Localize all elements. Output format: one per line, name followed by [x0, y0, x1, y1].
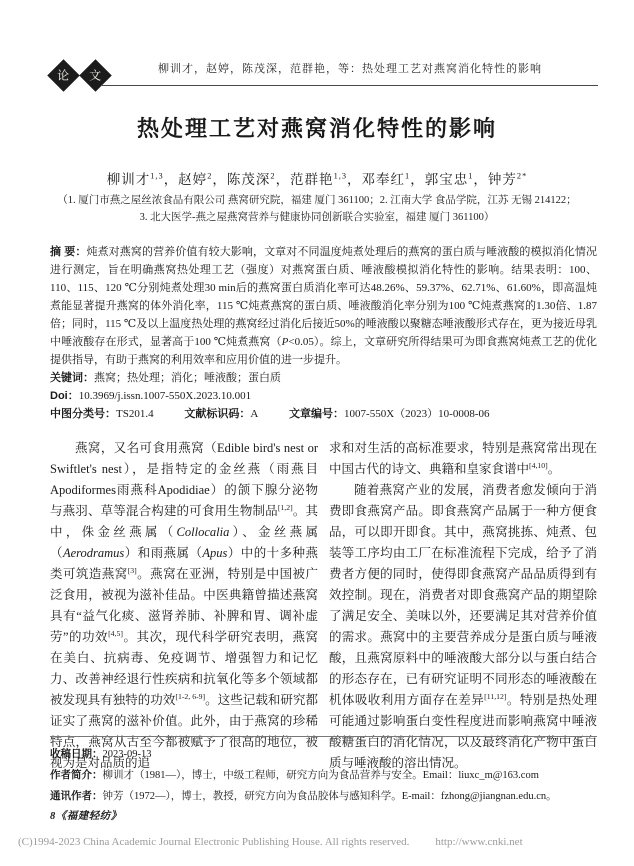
keywords-text: 燕窝；热处理；消化；唾液酸；蛋白质 [94, 372, 281, 384]
lun-diamond-icon: 论 [47, 59, 80, 92]
journal-name: 《福建轻纺》 [56, 811, 122, 822]
body-paragraph: 随着燕窝产业的发展，消费者愈发倾向于消费即食燕窝产品。即食燕窝产品属于一种方便食… [329, 480, 597, 774]
article-id: 文章编号：1007-550X（2023）10-0008-06 [289, 405, 489, 423]
copyright-text: (C)1994-2023 China Academic Journal Elec… [18, 836, 409, 848]
meta-line: 中图分类号：TS201.4 文献标识码：A 文章编号：1007-550X（202… [50, 405, 597, 423]
abstract: 摘 要：炖煮对燕窝的营养价值有较大影响，文章对不同温度炖煮处理后的燕窝的蛋白质与… [50, 243, 597, 369]
corresponding-author: 通讯作者：钟芳（1972—），博士，教授，研究方向为食品胶体与感知科学。E-ma… [50, 786, 597, 807]
doi-label: Doi： [50, 390, 79, 402]
received-date: 收稿日期：2023-09-13 [50, 744, 597, 765]
journal-page: 论 文 柳训才，赵婷，陈茂深，范群艳，等：热处理工艺对燕窝消化特性的影响 热处理… [0, 0, 634, 866]
body-paragraph: 燕窝，又名可食用燕窝（Edible bird's nest or Swiftle… [50, 438, 318, 774]
footnote-rule [50, 736, 597, 737]
affiliation-line-2: 3. 北大医学-燕之屋燕窝营养与健康协同创新联合实验室，福建 厦门 361100… [0, 209, 634, 226]
page-footer: 8《福建轻纺》 [50, 808, 122, 823]
article-title: 热处理工艺对燕窝消化特性的影响 [0, 112, 634, 143]
copyright-line: (C)1994-2023 China Academic Journal Elec… [18, 836, 624, 848]
body-columns: 燕窝，又名可食用燕窝（Edible bird's nest or Swiftle… [50, 438, 597, 774]
running-head: 柳训才，赵婷，陈茂深，范群艳，等：热处理工艺对燕窝消化特性的影响 [102, 60, 598, 76]
affiliations: （1. 厦门市燕之屋丝浓食品有限公司 燕窝研究院，福建 厦门 361100；2.… [0, 192, 634, 226]
authors-line: 柳训才1,3，赵婷2，陈茂深2，范群艳1,3，邓奉红1，郭宝忠1，钟芳2* [0, 168, 634, 188]
affiliation-line-1: （1. 厦门市燕之屋丝浓食品有限公司 燕窝研究院，福建 厦门 361100；2.… [0, 192, 634, 209]
abstract-label: 摘 要： [50, 246, 86, 258]
wen-char: 文 [89, 67, 101, 84]
cnki-url: http://www.cnki.net [435, 836, 522, 848]
header-rule [102, 85, 598, 86]
left-column: 燕窝，又名可食用燕窝（Edible bird's nest or Swiftle… [50, 438, 318, 774]
doi-line: Doi：10.3969/j.issn.1007-550X.2023.10.001 [50, 387, 597, 405]
clc-number: 中图分类号：TS201.4 [50, 405, 154, 423]
article-type-badge: 论 文 [52, 64, 107, 87]
abstract-text: 炖煮对燕窝的营养价值有较大影响，文章对不同温度炖煮处理后的燕窝的蛋白质与唾液酸的… [50, 246, 597, 366]
document-code: 文献标识码：A [184, 405, 258, 423]
footnotes: 收稿日期：2023-09-13 作者简介：柳训才（1981—），博士，中级工程师… [50, 744, 597, 807]
keywords: 关键词：燕窝；热处理；消化；唾液酸；蛋白质 [50, 369, 597, 387]
body-paragraph: 求和对生活的高标准要求，特别是燕窝常出现在中国古代的诗文、典籍和皇家食谱中[4,… [329, 438, 597, 480]
right-column: 求和对生活的高标准要求，特别是燕窝常出现在中国古代的诗文、典籍和皇家食谱中[4,… [329, 438, 597, 774]
front-matter: 摘 要：炖煮对燕窝的营养价值有较大影响，文章对不同温度炖煮处理后的燕窝的蛋白质与… [50, 243, 597, 423]
author-bio: 作者简介：柳训才（1981—），博士，中级工程师，研究方向为食品营养与安全。Em… [50, 765, 597, 786]
lun-char: 论 [57, 67, 69, 84]
keywords-label: 关键词： [50, 372, 94, 384]
doi-text: 10.3969/j.issn.1007-550X.2023.10.001 [79, 390, 251, 402]
